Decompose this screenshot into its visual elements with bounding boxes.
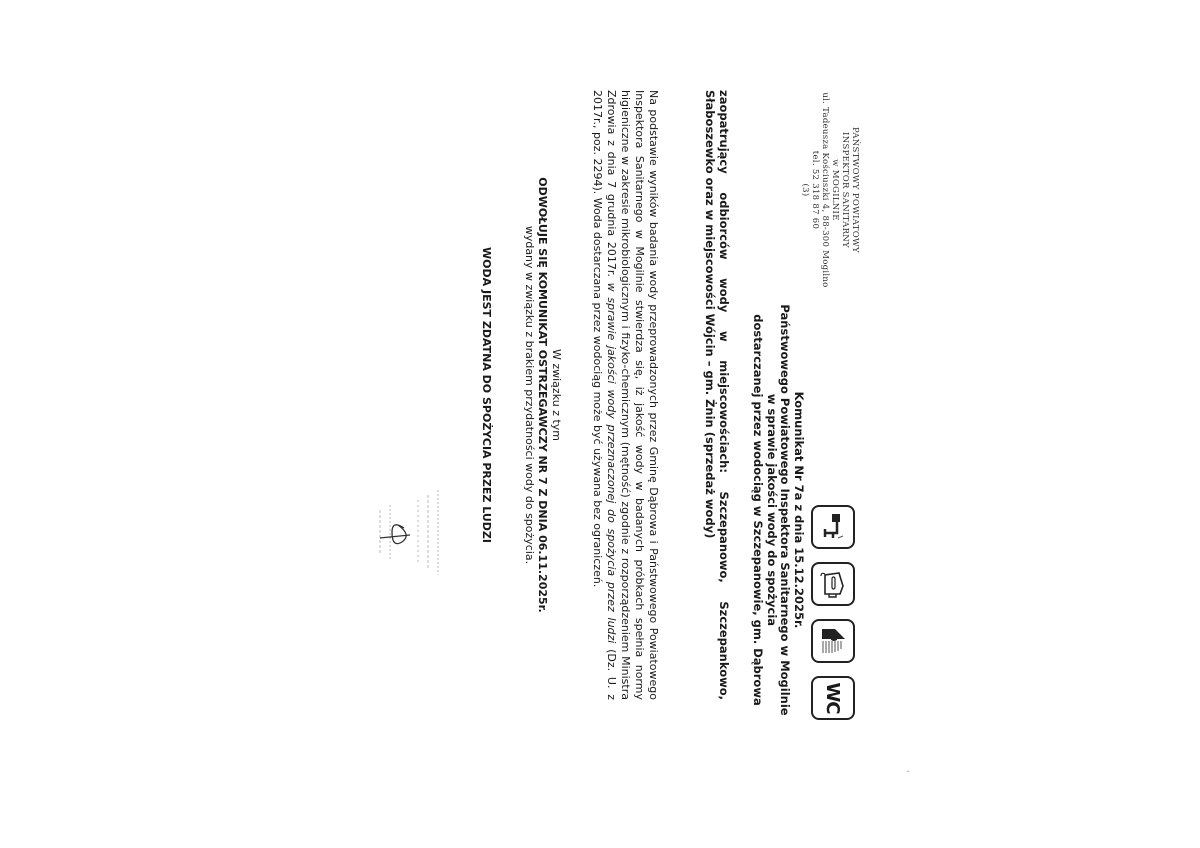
- recall-notice: W związku z tym ODWOŁUJE SIĘ KOMUNIKAT O…: [523, 150, 564, 640]
- header-line: dostarczanej przez wodociąg w Szczepanow…: [751, 280, 765, 740]
- header-line: Państwowego Powiatowego Inspektora Sanit…: [778, 280, 792, 740]
- stamp-line: w MOGILNIE: [830, 90, 840, 290]
- recall-reason: wydany w związku z brakiem przydatności …: [523, 150, 537, 640]
- wc-icon: WC: [811, 676, 855, 720]
- recall-intro: W związku z tym: [550, 150, 564, 640]
- stamp-line: ul. Tadeusza Kościuszki 4, 88-300 Mogiln…: [820, 90, 830, 290]
- signature-stamp: [360, 480, 450, 590]
- kitchen-tap-icon: [811, 505, 855, 549]
- stamp-line: tel. 52 318 87 60: [810, 90, 820, 290]
- scan-speck: ': [900, 770, 910, 772]
- stamp-line: INSPEKTOR SANITARNY: [840, 90, 850, 290]
- communique-header: Komunikat Nr 7a z dnia 15.12.2025r. Pańs…: [751, 280, 805, 740]
- kettle-cooking-icon: [811, 562, 855, 606]
- regulation-title: w sprawie jakości wody przeznaczonej do …: [605, 283, 618, 644]
- body-paragraph: Na podstawie wyników badania wody przepr…: [590, 90, 660, 700]
- usage-pictograms: WC: [811, 505, 855, 720]
- conclusion: WODA JEST ZDATNA DO SPOŻYCIA PRZEZ LUDZI: [480, 150, 493, 640]
- recall-statement: ODWOŁUJE SIĘ KOMUNIKAT OSTRZEGAWCZY NR 7…: [536, 150, 550, 640]
- issuer-stamp: PAŃSTWOWY POWIATOWY INSPEKTOR SANITARNY …: [800, 90, 860, 290]
- shower-hygiene-icon: [811, 619, 855, 663]
- communique-title: Komunikat Nr 7a z dnia 15.12.2025r.: [792, 280, 806, 740]
- supply-scope: zaopatrujący odbiorców wody w miejscowoś…: [703, 90, 730, 700]
- header-line: w sprawie jakości wody do spożycia: [765, 280, 779, 740]
- document-page: PAŃSTWOWY POWIATOWY INSPEKTOR SANITARNY …: [0, 0, 1200, 848]
- stamp-line: PAŃSTWOWY POWIATOWY: [850, 90, 860, 290]
- stamp-line: (3): [800, 90, 810, 290]
